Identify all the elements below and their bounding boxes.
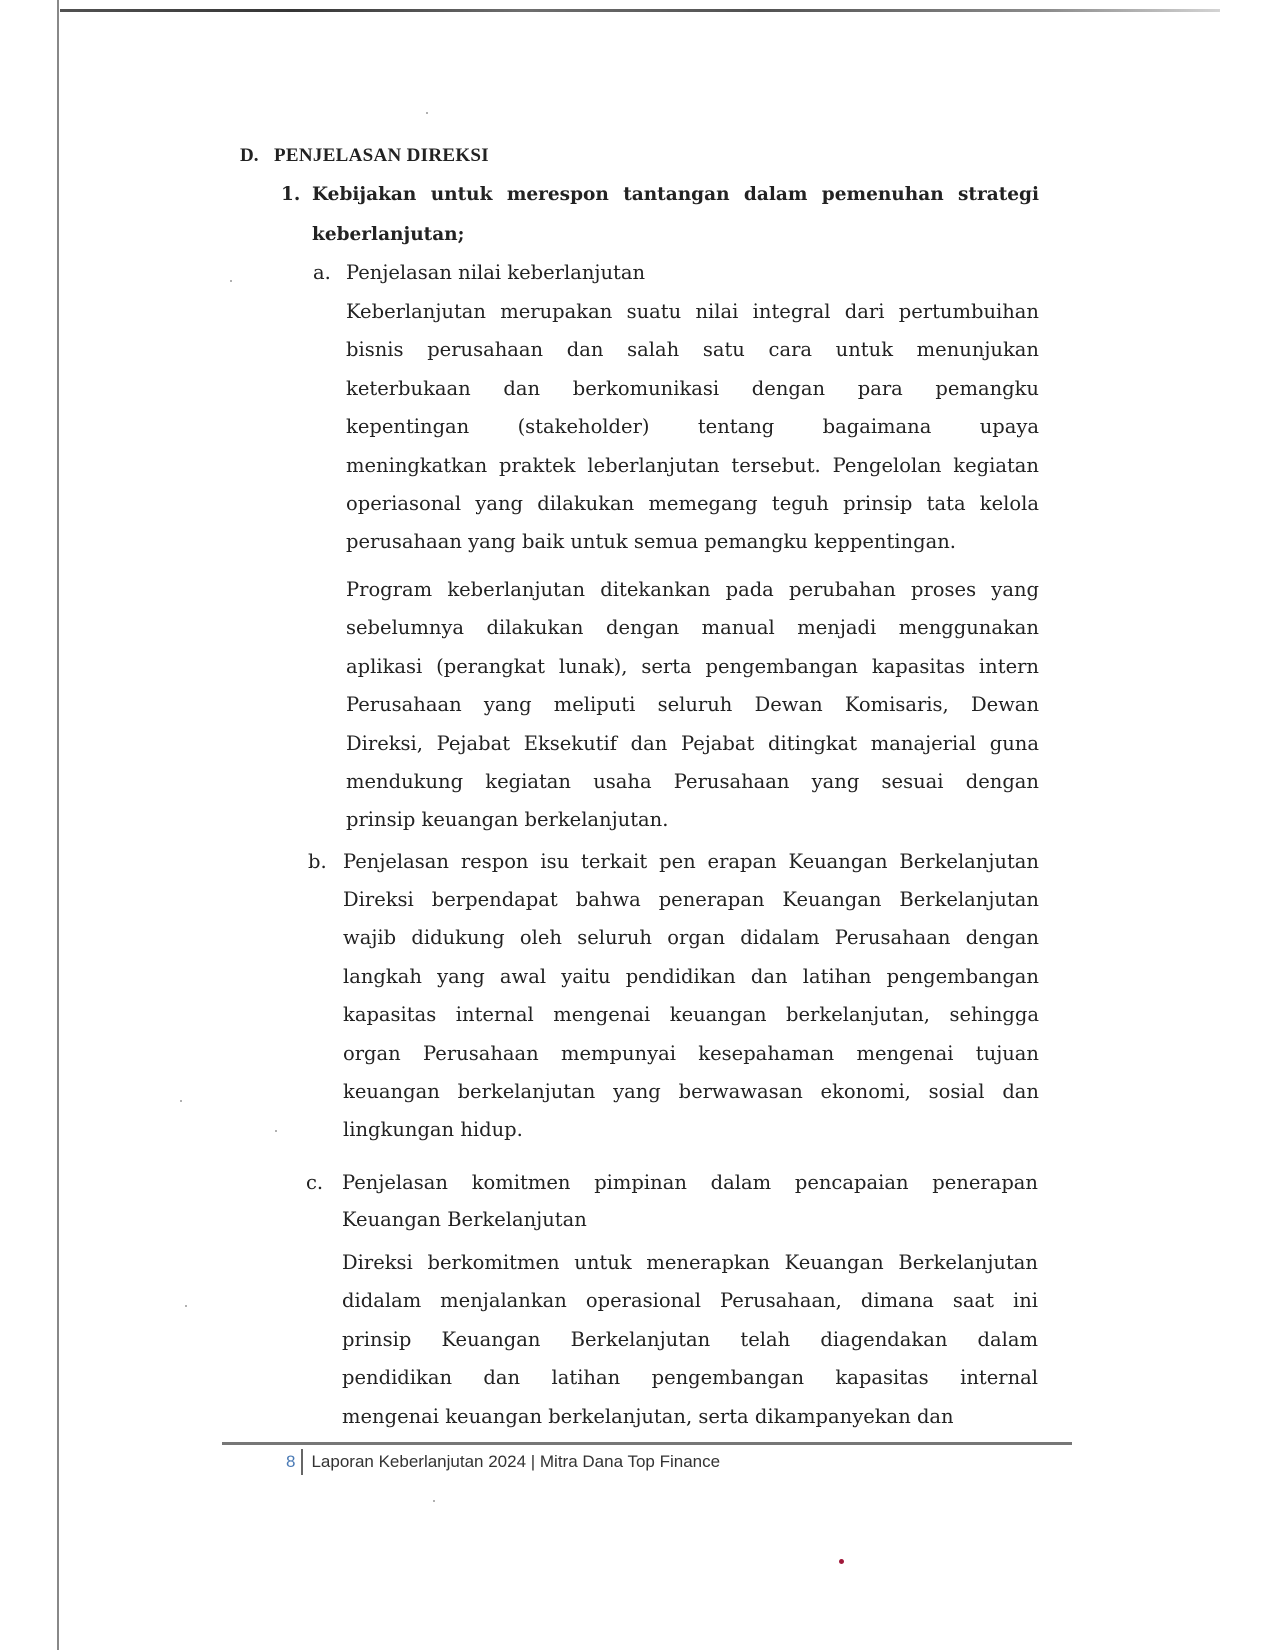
- paragraph-line: kapasitas internal mengenai keuangan ber…: [343, 1003, 1039, 1027]
- paragraph-line: operiasonal yang dilakukan memegang tegu…: [346, 492, 1039, 516]
- item-title-line2: keberlanjutan;: [312, 223, 464, 247]
- paragraph-line: bisnis perusahaan dan salah satu cara un…: [346, 338, 1039, 362]
- scan-red-dot: [839, 1559, 844, 1564]
- sub-b-letter: b.: [308, 850, 327, 874]
- paragraph-line: didalam menjalankan operasional Perusaha…: [342, 1289, 1038, 1313]
- paragraph-line: Direksi berpendapat bahwa penerapan Keua…: [343, 888, 1039, 912]
- scan-speck: [180, 1100, 182, 1102]
- item-title-line1: Kebijakan untuk merespon tantangan dalam…: [312, 183, 1039, 207]
- scan-speck: [185, 1305, 187, 1307]
- item-number: 1.: [281, 183, 300, 207]
- paragraph-line: langkah yang awal yaitu pendidikan dan l…: [343, 965, 1039, 989]
- section-letter: D.: [240, 144, 258, 168]
- scan-speck: [230, 280, 232, 282]
- paragraph-line: organ Perusahaan mempunyai kesepahaman m…: [343, 1042, 1039, 1066]
- paragraph-line: pendidikan dan latihan pengembangan kapa…: [342, 1366, 1038, 1390]
- page-number: 8: [286, 1452, 295, 1472]
- section-title: PENJELASAN DIREKSI: [274, 144, 489, 168]
- scan-speck: [275, 1130, 277, 1132]
- paragraph-line: mendukung kegiatan usaha Perusahaan yang…: [346, 770, 1039, 794]
- paragraph-line: prinsip Keuangan Berkelanjutan telah dia…: [342, 1328, 1038, 1352]
- paragraph-line: Keberlanjutan merupakan suatu nilai inte…: [346, 300, 1039, 324]
- footer-separator: [301, 1449, 303, 1475]
- page-footer: 8 Laporan Keberlanjutan 2024 | Mitra Dan…: [286, 1449, 720, 1475]
- sub-c-title-line1: Penjelasan komitmen pimpinan dalam penca…: [342, 1171, 1038, 1195]
- paragraph-line: meningkatkan praktek leberlanjutan terse…: [346, 454, 1039, 478]
- paragraph-line: wajib didukung oleh seluruh organ didala…: [343, 926, 1039, 950]
- scan-left-edge: [57, 0, 59, 1650]
- paragraph-line: Direksi, Pejabat Eksekutif dan Pejabat d…: [346, 732, 1039, 756]
- sub-c-letter: c.: [306, 1171, 323, 1195]
- scan-top-edge: [60, 9, 1220, 12]
- footer-text: Laporan Keberlanjutan 2024 | Mitra Dana …: [311, 1452, 720, 1472]
- sub-b-title: Penjelasan respon isu terkait pen erapan…: [343, 850, 1039, 874]
- scan-speck: [433, 1500, 435, 1502]
- paragraph-line: keuangan berkelanjutan yang berwawasan e…: [343, 1080, 1039, 1104]
- paragraph-line: mengenai keuangan berkelanjutan, serta d…: [342, 1405, 954, 1429]
- paragraph-line: sebelumnya dilakukan dengan manual menja…: [346, 616, 1039, 640]
- sub-a-letter: a.: [313, 261, 331, 285]
- paragraph-line: keterbukaan dan berkomunikasi dengan par…: [346, 377, 1039, 401]
- paragraph-line: Program keberlanjutan ditekankan pada pe…: [346, 578, 1039, 602]
- paragraph-line: Perusahaan yang meliputi seluruh Dewan K…: [346, 693, 1039, 717]
- paragraph-line: prinsip keuangan berkelanjutan.: [346, 808, 668, 832]
- paragraph-line: lingkungan hidup.: [343, 1118, 523, 1142]
- footer-rule: [222, 1442, 1072, 1445]
- paragraph-line: kepentingan (stakeholder) tentang bagaim…: [346, 415, 1039, 439]
- scan-speck: [426, 112, 428, 114]
- sub-a-title: Penjelasan nilai keberlanjutan: [346, 261, 645, 285]
- paragraph-line: Direksi berkomitmen untuk menerapkan Keu…: [342, 1251, 1038, 1275]
- sub-c-title-line2: Keuangan Berkelanjutan: [342, 1208, 587, 1232]
- paragraph-line: aplikasi (perangkat lunak), serta pengem…: [346, 655, 1039, 679]
- paragraph-line: perusahaan yang baik untuk semua pemangk…: [346, 530, 956, 554]
